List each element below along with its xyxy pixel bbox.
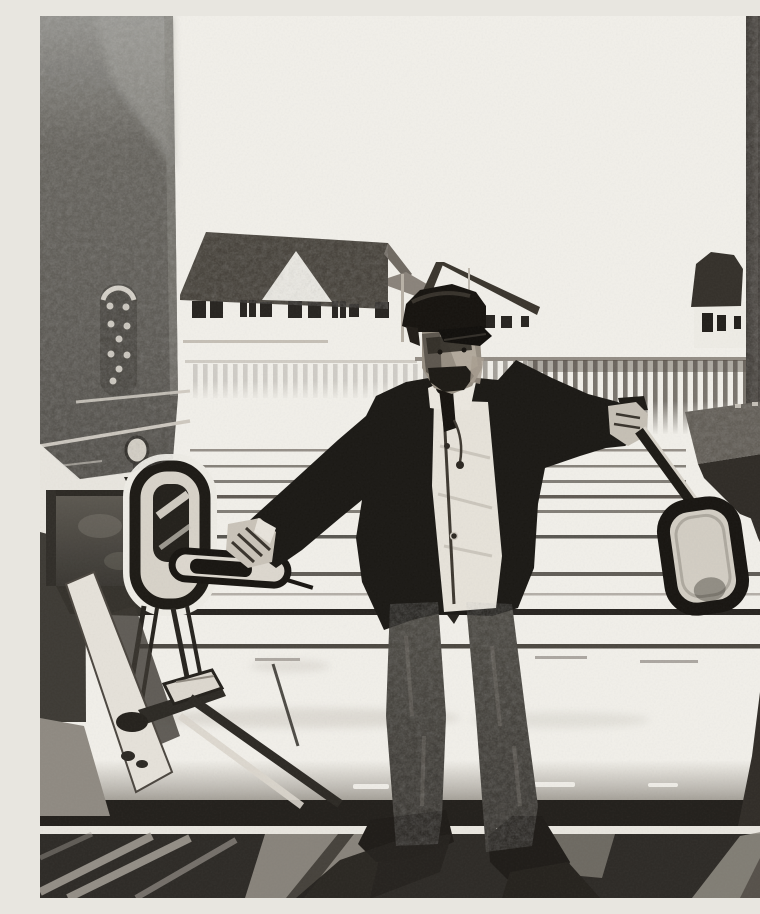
film-grain-light bbox=[40, 16, 760, 898]
historic-photo bbox=[40, 16, 760, 898]
